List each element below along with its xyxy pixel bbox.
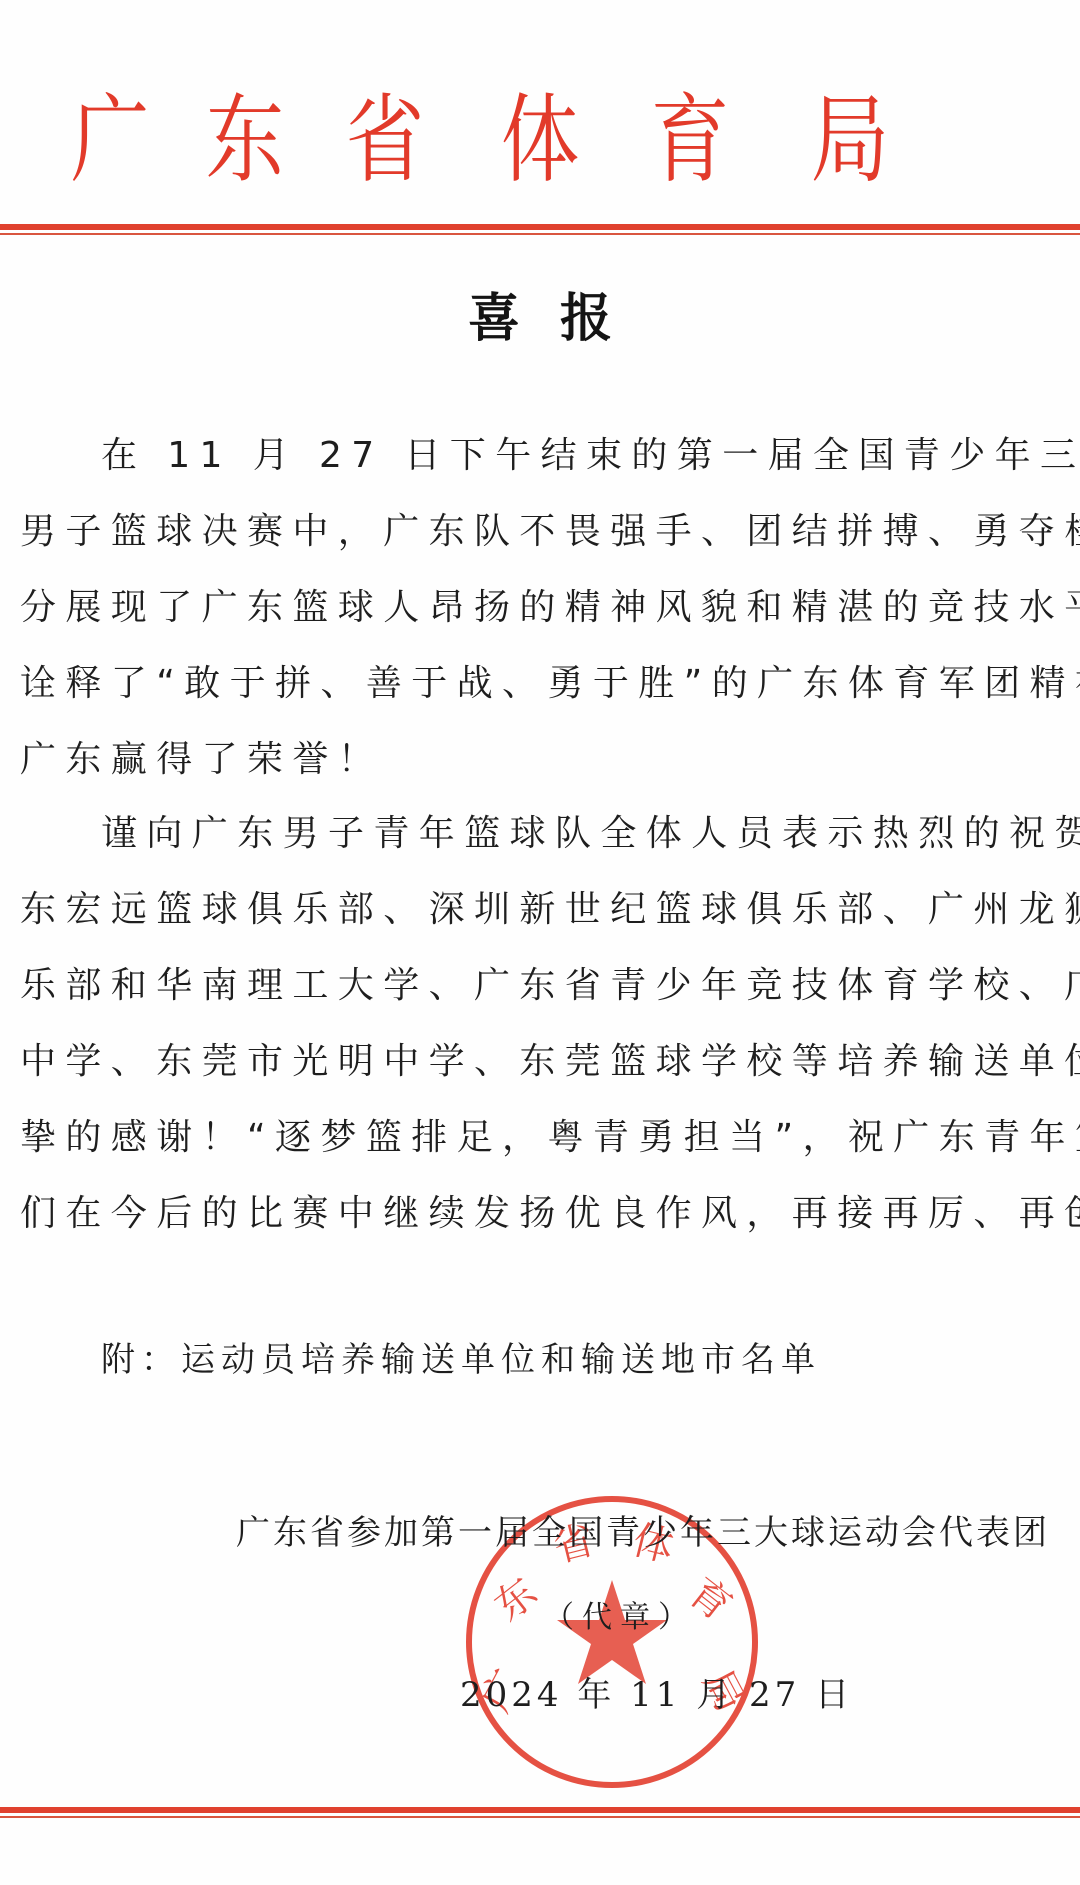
svg-text:东: 东 <box>486 1569 546 1630</box>
attachment-note: 附：运动员培养输送单位和输送地市名单 <box>101 1322 821 1398</box>
paragraph-line: 乐部和华南理工大学、广东省青少年竞技体育学校、广东实验 <box>20 948 1065 1024</box>
paragraph-congratulation: 在 11 月 27 日下午结束的第一届全国青少年三大球运动会 男子篮球决赛中，广… <box>20 418 1065 798</box>
masthead-title: 广 东 省 体 育 局 <box>0 80 1080 200</box>
header-divider <box>0 224 1080 236</box>
document-headline: 喜报 <box>0 276 1080 351</box>
issuer-signature: 广东省参加第一届全国青少年三大球运动会代表团 <box>150 1505 1050 1554</box>
footer-divider <box>0 1807 1080 1819</box>
paragraph-line: 谨向广东男子青年篮球队全体人员表示热烈的祝贺，向广 <box>20 796 1065 872</box>
document-page: 广 东 省 体 育 局 喜报 在 11 月 27 日下午结束的第一届全国青少年三… <box>0 0 1080 1885</box>
paragraph-line: 中学、东莞市光明中学、东莞篮球学校等培养输送单位表示诚 <box>20 1024 1065 1100</box>
paragraph-thanks: 谨向广东男子青年篮球队全体人员表示热烈的祝贺，向广 东宏远篮球俱乐部、深圳新世纪… <box>20 796 1065 1252</box>
divider-thick-line <box>0 224 1080 230</box>
masthead-char: 广 <box>61 80 159 200</box>
paragraph-line: 广东赢得了荣誉！ <box>20 722 1065 798</box>
seal-note: （代章） <box>540 1592 700 1636</box>
masthead-char: 省 <box>336 80 434 200</box>
paragraph-line: 东宏远篮球俱乐部、深圳新世纪篮球俱乐部、广州龙狮篮球俱 <box>20 872 1065 948</box>
paragraph-line: 在 11 月 27 日下午结束的第一届全国青少年三大球运动会 <box>20 418 1065 494</box>
masthead-char: 体 <box>491 80 589 200</box>
masthead-char: 东 <box>196 80 294 200</box>
divider-thin-line <box>0 1816 1080 1818</box>
paragraph-line: 们在今后的比赛中继续发扬优良作风，再接再厉、再创辉煌！ <box>20 1176 1065 1252</box>
paragraph-line: 挚的感谢！“逐梦篮排足，粤青勇担当”，祝广东青年篮球健儿 <box>20 1100 1065 1176</box>
masthead-char: 育 <box>641 80 739 200</box>
paragraph-line: 男子篮球决赛中，广东队不畏强手、团结拼搏、勇夺桂冠，充 <box>20 494 1065 570</box>
paragraph-line: 诠释了“敢于拼、善于战、勇于胜”的广东体育军团精神，为 <box>20 646 1065 722</box>
divider-thick-line <box>0 1807 1080 1813</box>
paragraph-line: 分展现了广东篮球人昂扬的精神风貌和精湛的竞技水平，生动 <box>20 570 1065 646</box>
masthead-char: 局 <box>801 80 899 200</box>
issue-date: 2024 年 11 月 27 日 <box>460 1667 853 1716</box>
divider-thin-line <box>0 233 1080 235</box>
